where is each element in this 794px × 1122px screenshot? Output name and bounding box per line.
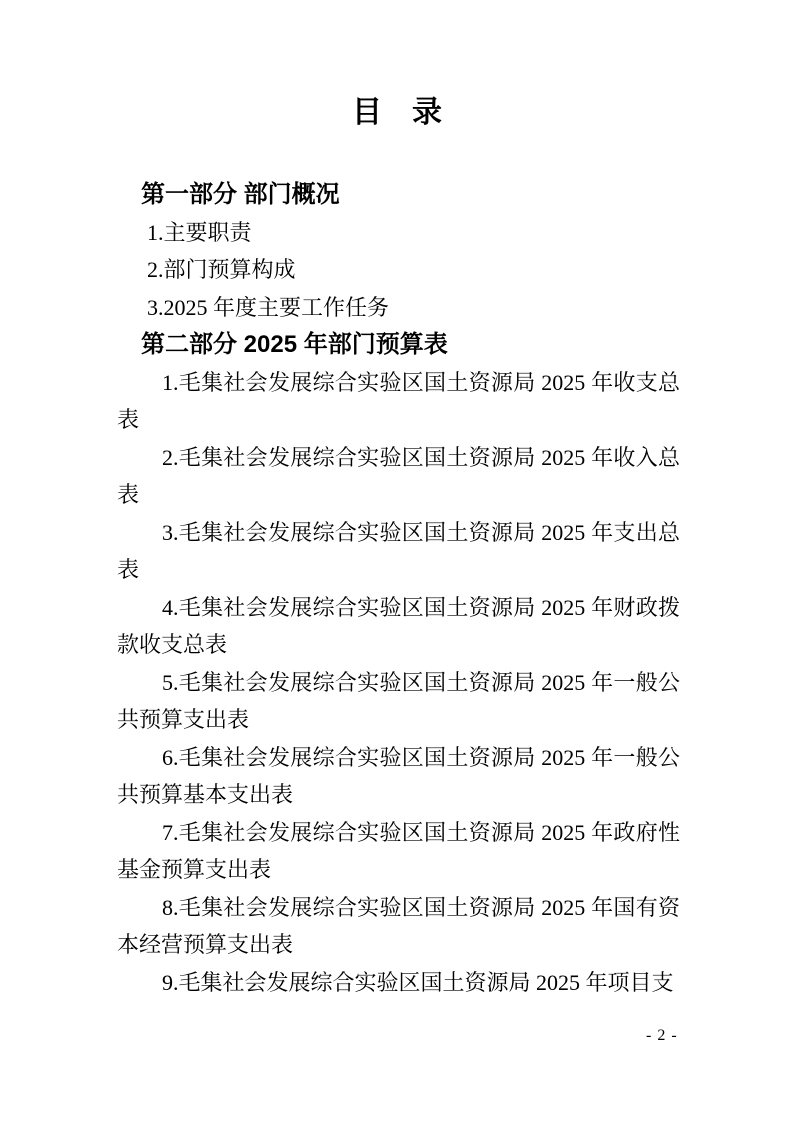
toc-content: 第一部分 部门概况 1.主要职责 2.部门预算构成 3.2025 年度主要工作任… [117, 176, 680, 1001]
section-2-heading: 第二部分 2025 年部门预算表 [117, 326, 680, 364]
toc-item: 3.2025 年度主要工作任务 [117, 289, 680, 327]
toc-item: 5.毛集社会发展综合实验区国土资源局 2025 年一般公共预算支出表 [117, 664, 680, 739]
toc-item: 2.毛集社会发展综合实验区国土资源局 2025 年收入总表 [117, 439, 680, 514]
toc-item: 2.部门预算构成 [117, 251, 680, 289]
toc-item: 4.毛集社会发展综合实验区国土资源局 2025 年财政拨款收支总表 [117, 589, 680, 664]
document-page: 目 录 第一部分 部门概况 1.主要职责 2.部门预算构成 3.2025 年度主… [0, 0, 794, 1122]
toc-item: 3.毛集社会发展综合实验区国土资源局 2025 年支出总表 [117, 514, 680, 589]
toc-item: 6.毛集社会发展综合实验区国土资源局 2025 年一般公共预算基本支出表 [117, 739, 680, 814]
section-1-heading: 第一部分 部门概况 [117, 176, 680, 214]
document-title: 目 录 [0, 95, 794, 131]
toc-item: 8.毛集社会发展综合实验区国土资源局 2025 年国有资本经营预算支出表 [117, 889, 680, 964]
toc-item: 1.主要职责 [117, 214, 680, 252]
toc-item: 1.毛集社会发展综合实验区国土资源局 2025 年收支总表 [117, 364, 680, 439]
section-department-overview: 第一部分 部门概况 1.主要职责 2.部门预算构成 3.2025 年度主要工作任… [117, 176, 680, 326]
page-number: - 2 - [646, 1026, 678, 1046]
toc-item: 9.毛集社会发展综合实验区国土资源局 2025 年项目支 [117, 964, 680, 1002]
section-budget-tables: 第二部分 2025 年部门预算表 1.毛集社会发展综合实验区国土资源局 2025… [117, 326, 680, 1001]
toc-item: 7.毛集社会发展综合实验区国土资源局 2025 年政府性基金预算支出表 [117, 814, 680, 889]
